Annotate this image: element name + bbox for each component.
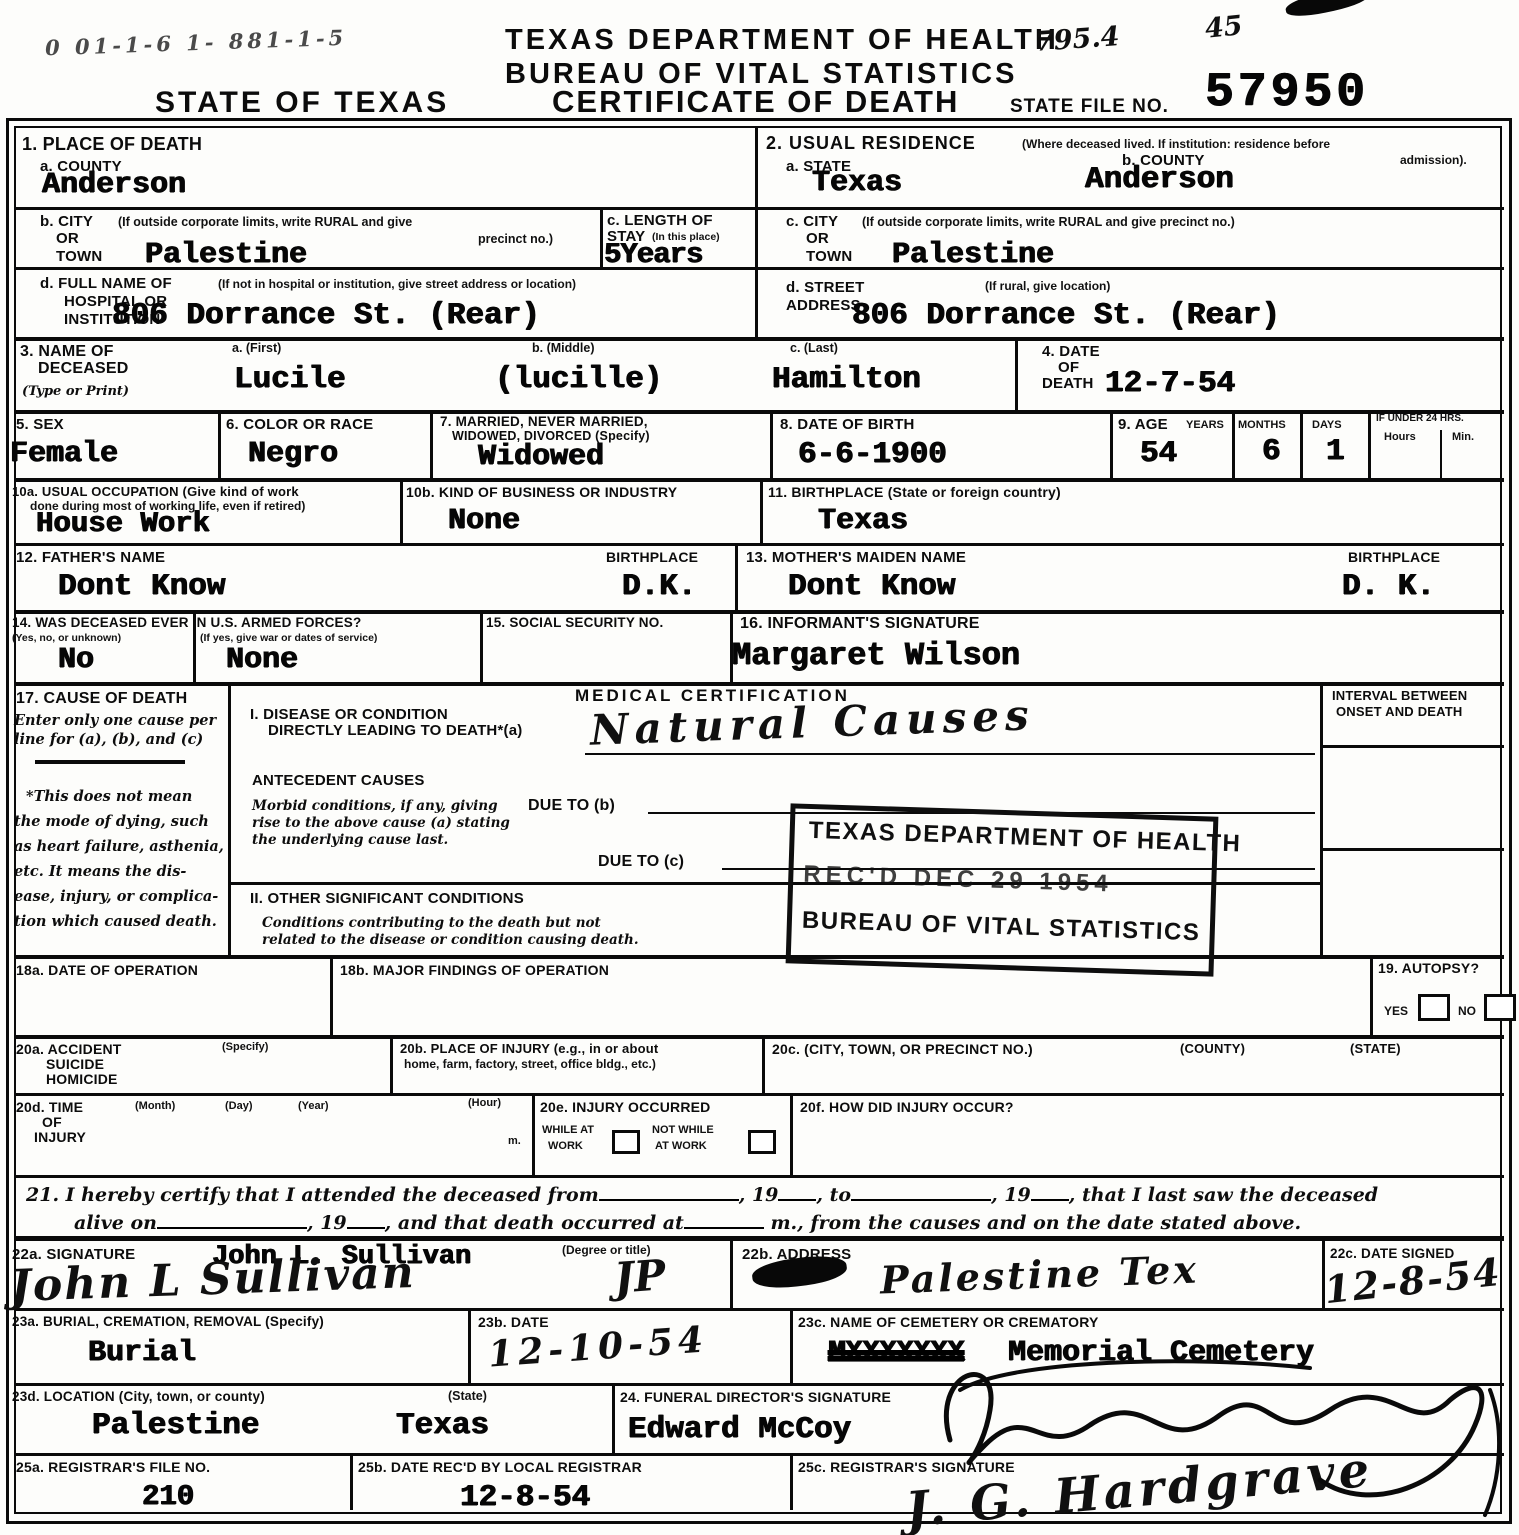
injury-not-while-at-work-checkbox xyxy=(748,1130,776,1154)
field-23c-label: 23c. NAME OF CEMETERY OR CREMATORY xyxy=(798,1314,1099,1330)
stamp-line3: BUREAU OF VITAL STATISTICS xyxy=(801,907,1200,948)
field-1d-value: 806 Dorrance St. (Rear) xyxy=(112,298,540,333)
field-17-note3d: etc. It means the dis- xyxy=(14,863,186,880)
field-17-ii-label: II. OTHER SIGNIFICANT CONDITIONS xyxy=(250,890,524,907)
certificate-title: CERTIFICATE OF DEATH xyxy=(552,84,959,120)
pencil-annotation: 0 01-1-6 1- 881-1-5 xyxy=(45,25,348,61)
field-1b-or: OR xyxy=(56,230,79,247)
field-20d-label3: INJURY xyxy=(34,1129,86,1145)
death-certificate-scan: 0 01-1-6 1- 881-1-5 TEXAS DEPARTMENT OF … xyxy=(0,0,1519,1535)
field-17-cond2: related to the disease or condition caus… xyxy=(262,932,639,948)
ink-blot xyxy=(1284,0,1371,21)
field-23d-state-value: Texas xyxy=(396,1408,489,1443)
field-16-value: Margaret Wilson xyxy=(732,637,1020,674)
field-4-label1: 4. DATE xyxy=(1042,343,1100,360)
field-2c-town: TOWN xyxy=(806,248,852,265)
field-25a-value: 210 xyxy=(142,1480,194,1513)
field-20a-label1: 20a. ACCIDENT xyxy=(16,1041,122,1057)
field-17-i-label2: DIRECTLY LEADING TO DEATH*(a) xyxy=(268,722,522,739)
field-13-bp-label: BIRTHPLACE xyxy=(1348,549,1440,565)
field-14-value1: No xyxy=(58,643,94,677)
certify-statement-line2: alive on, 19, and that death occurred at… xyxy=(74,1212,1301,1234)
field-4-label3: DEATH xyxy=(1042,375,1094,392)
field-10b-label: 10b. KIND OF BUSINESS OR INDUSTRY xyxy=(406,484,677,500)
field-12-bp-value: D.K. xyxy=(622,569,696,604)
field-2d-note: (If rural, give location) xyxy=(985,279,1110,293)
field-13-bp-value: D. K. xyxy=(1342,569,1435,604)
field-2-note1: (Where deceased lived. If institution: r… xyxy=(1022,137,1330,151)
field-16-label: 16. INFORMANT'S SIGNATURE xyxy=(740,615,980,633)
autopsy-no-checkbox xyxy=(1484,994,1516,1021)
field-20d-day: (Day) xyxy=(225,1100,253,1112)
field-11-value: Texas xyxy=(818,504,908,538)
field-3-label3: (Type or Print) xyxy=(22,384,129,399)
field-23a-value: Burial xyxy=(88,1336,196,1370)
field-25b-label: 25b. DATE REC'D BY LOCAL REGISTRAR xyxy=(358,1459,642,1475)
field-17-note1: Enter only one cause per xyxy=(14,712,216,729)
state-file-no-value: 57950 xyxy=(1205,66,1369,120)
field-4-label2: OF xyxy=(1058,359,1079,376)
field-14-label: 14. WAS DECEASED EVER IN U.S. ARMED FORC… xyxy=(12,615,361,630)
field-17-due-c: DUE TO (c) xyxy=(598,853,684,871)
field-23d-label: 23d. LOCATION (City, town, or county) xyxy=(12,1389,265,1404)
field-23d-city-value: Palestine xyxy=(92,1408,259,1443)
field-20e-w2: WORK xyxy=(548,1140,583,1152)
field-9-under-label: IF UNDER 24 HRS. xyxy=(1376,413,1464,424)
field-20c-state: (STATE) xyxy=(1350,1041,1401,1056)
field-1b-value: Palestine xyxy=(145,238,307,272)
field-1d-label: d. FULL NAME OF xyxy=(40,275,172,292)
field-20b-label1: 20b. PLACE OF INJURY (e.g., in or about xyxy=(400,1041,658,1056)
dept-title-line1: TEXAS DEPARTMENT OF HEALTH xyxy=(505,24,1059,57)
field-17-note3a: *This does not mean xyxy=(26,788,192,805)
field-6-label: 6. COLOR OR RACE xyxy=(226,416,373,433)
certify-t5: , that I last saw the deceased xyxy=(1069,1184,1378,1206)
field-20d-hour: (Hour) xyxy=(468,1097,501,1109)
field-20c-county: (COUNTY) xyxy=(1180,1041,1245,1056)
state-file-no-label: STATE FILE NO. xyxy=(1010,96,1169,118)
handwritten-code: 795.4 xyxy=(1034,21,1121,58)
field-3-last-value: Hamilton xyxy=(772,362,921,397)
field-23d-state-label: (State) xyxy=(448,1389,487,1403)
received-stamp: TEXAS DEPARTMENT OF HEALTH REC'D DEC 29 … xyxy=(786,803,1219,976)
field-17-note2: line for (a), (b), and (c) xyxy=(14,731,203,748)
certify-t4: , 19 xyxy=(991,1184,1031,1206)
field-24-label: 24. FUNERAL DIRECTOR'S SIGNATURE xyxy=(620,1389,891,1405)
field-15-label: 15. SOCIAL SECURITY NO. xyxy=(486,615,663,630)
field-17-note3c: as heart failure, asthenia, xyxy=(14,838,224,855)
field-20a-label2: SUICIDE xyxy=(46,1056,104,1072)
field-9-hours-label: Hours xyxy=(1384,431,1416,443)
field-2-title: 2. USUAL RESIDENCE xyxy=(766,133,976,154)
field-1c-label: c. LENGTH OF xyxy=(607,212,713,229)
field-7-label1: 7. MARRIED, NEVER MARRIED, xyxy=(440,414,648,429)
field-1d-note: (If not in hospital or institution, give… xyxy=(218,277,576,291)
field-11-label: 11. BIRTHPLACE (State or foreign country… xyxy=(768,484,1061,500)
field-2d-label2: ADDRESS xyxy=(786,297,861,314)
form-inner-frame xyxy=(14,126,1502,1514)
field-8-value: 6-6-1900 xyxy=(798,437,947,472)
field-10b-value: None xyxy=(448,504,520,538)
field-19-no-label: NO xyxy=(1458,1004,1476,1018)
field-9-months-label: MONTHS xyxy=(1238,419,1286,431)
field-17-morbid2: rise to the above cause (a) stating xyxy=(252,815,510,831)
field-9-days-label: DAYS xyxy=(1312,419,1342,431)
field-1b-note2: precinct no.) xyxy=(478,232,553,246)
field-20a-label3: HOMICIDE xyxy=(46,1071,118,1087)
field-20d-label2: OF xyxy=(42,1114,62,1130)
field-8-label: 8. DATE OF BIRTH xyxy=(780,416,915,433)
field-19-label: 19. AUTOPSY? xyxy=(1378,960,1479,976)
field-1a-value: Anderson xyxy=(42,168,186,202)
field-2d-label: d. STREET xyxy=(786,279,864,296)
field-9-min-label: Min. xyxy=(1452,431,1474,443)
field-2c-note: (If outside corporate limits, write RURA… xyxy=(862,215,1235,229)
field-13-value: Dont Know xyxy=(788,569,955,604)
field-2c-value: Palestine xyxy=(892,238,1054,272)
certify-t8: , and that death occurred at xyxy=(385,1212,684,1234)
field-20d-year: (Year) xyxy=(298,1100,329,1112)
field-6-value: Negro xyxy=(248,437,338,471)
field-1-title: 1. PLACE OF DEATH xyxy=(22,134,202,155)
field-3-middle-label: b. (Middle) xyxy=(532,341,595,355)
field-10a-label1: 10a. USUAL OCCUPATION (Give kind of work xyxy=(12,484,299,499)
field-17-morbid3: the underlying cause last. xyxy=(252,832,448,848)
field-2-note2: admission). xyxy=(1400,153,1467,167)
field-20a-note: (Specify) xyxy=(222,1041,268,1053)
field-25b-value: 12-8-54 xyxy=(460,1480,590,1515)
field-20e-w1: WHILE AT xyxy=(542,1124,594,1136)
field-17-antecedent-label: ANTECEDENT CAUSES xyxy=(252,772,425,789)
field-24-typed-name: Edward McCoy xyxy=(628,1412,851,1447)
field-17-note3f: tion which caused death. xyxy=(14,913,217,930)
field-20d-month: (Month) xyxy=(135,1100,175,1112)
certify-t6: alive on xyxy=(74,1212,157,1234)
field-10a-value: House Work xyxy=(36,507,210,540)
field-20d-m: m. xyxy=(508,1135,521,1147)
field-3-label1: 3. NAME OF xyxy=(20,343,114,361)
certify-t7: , 19 xyxy=(307,1212,347,1234)
field-12-bp-label: BIRTHPLACE xyxy=(606,549,698,565)
physician-signature-title: JP xyxy=(612,1250,667,1302)
field-20f-label: 20f. HOW DID INJURY OCCUR? xyxy=(800,1099,1014,1115)
field-12-value: Dont Know xyxy=(58,569,225,604)
stamp-line1: TEXAS DEPARTMENT OF HEALTH xyxy=(808,817,1241,859)
field-25a-label: 25a. REGISTRAR'S FILE NO. xyxy=(16,1459,210,1475)
field-14-value2: None xyxy=(226,643,298,677)
field-20e-n2: AT WORK xyxy=(655,1140,707,1152)
handwritten-code-2: 45 xyxy=(1203,10,1244,45)
field-3-first-value: Lucile xyxy=(234,362,346,397)
field-3-label2: DECEASED xyxy=(38,360,129,378)
certify-t3: , to xyxy=(816,1184,851,1206)
field-5-value: Female xyxy=(10,437,118,471)
interval-label2: ONSET AND DEATH xyxy=(1336,704,1463,719)
field-2b-value: Anderson xyxy=(1085,162,1234,197)
field-17-morbid1: Morbid conditions, if any, giving xyxy=(252,798,498,814)
field-12-label: 12. FATHER'S NAME xyxy=(16,549,165,566)
injury-while-at-work-checkbox xyxy=(612,1130,640,1154)
field-1b-town: TOWN xyxy=(56,248,102,265)
field-9-days-value: 1 xyxy=(1326,434,1345,469)
field-2c-label: c. CITY xyxy=(786,213,838,230)
field-3-last-label: c. (Last) xyxy=(790,341,838,355)
field-23b-label: 23b. DATE xyxy=(478,1314,549,1330)
field-7-value: Widowed xyxy=(478,440,604,474)
field-18a-label: 18a. DATE OF OPERATION xyxy=(16,962,198,978)
field-4-value: 12-7-54 xyxy=(1105,366,1235,401)
field-17-cond1: Conditions contributing to the death but… xyxy=(262,915,601,931)
interval-label1: INTERVAL BETWEEN xyxy=(1332,688,1467,703)
certify-statement-line1: 21. I hereby certify that I attended the… xyxy=(26,1184,1378,1206)
field-1b-note: (If outside corporate limits, write RURA… xyxy=(118,215,412,229)
field-2c-or: OR xyxy=(806,230,829,247)
field-1b-label: b. CITY xyxy=(40,213,93,230)
field-3-middle-value: (lucille) xyxy=(495,362,662,397)
field-23a-label: 23a. BURIAL, CREMATION, REMOVAL (Specify… xyxy=(12,1314,324,1329)
field-17-note3b: the mode of dying, such xyxy=(14,813,209,830)
field-9-months-value: 6 xyxy=(1262,434,1281,469)
field-13-label: 13. MOTHER'S MAIDEN NAME xyxy=(746,549,966,566)
field-20b-label2: home, farm, factory, street, office bldg… xyxy=(404,1057,656,1071)
field-20c-label: 20c. (CITY, TOWN, OR PRECINCT NO.) xyxy=(772,1041,1033,1057)
field-17-note3e: ease, injury, or complica- xyxy=(14,888,218,905)
field-20e-label: 20e. INJURY OCCURRED xyxy=(540,1099,711,1115)
autopsy-yes-checkbox xyxy=(1418,994,1450,1021)
state-of-texas: STATE OF TEXAS xyxy=(155,86,449,120)
field-20e-n1: NOT WHILE xyxy=(652,1124,714,1136)
field-5-label: 5. SEX xyxy=(16,416,64,433)
certify-t2: , 19 xyxy=(739,1184,779,1206)
field-18b-label: 18b. MAJOR FINDINGS OF OPERATION xyxy=(340,962,609,978)
field-9-years-value: 54 xyxy=(1140,436,1177,471)
field-20d-label1: 20d. TIME xyxy=(16,1099,83,1115)
field-17-label: 17. CAUSE OF DEATH xyxy=(16,690,187,708)
field-19-yes-label: YES xyxy=(1384,1004,1408,1018)
field-2a-value: Texas xyxy=(812,166,902,200)
certify-t1: 21. I hereby certify that I attended the… xyxy=(26,1184,599,1206)
field-3-first-label: a. (First) xyxy=(232,341,281,355)
field-2d-value: 806 Dorrance St. (Rear) xyxy=(852,298,1280,333)
certify-t9: m., from the causes and on the date stat… xyxy=(770,1212,1301,1234)
field-17-due-b: DUE TO (b) xyxy=(528,797,615,815)
field-9-label: 9. AGE xyxy=(1118,416,1168,433)
stamp-line2: REC'D DEC 29 1954 xyxy=(803,861,1113,899)
field-9-years-label: YEARS xyxy=(1186,419,1224,431)
funeral-director-signature-flourish xyxy=(890,1330,1510,1530)
field-1c-value: 5Years xyxy=(604,238,702,271)
field-17-i-label1: I. DISEASE OR CONDITION xyxy=(250,706,448,723)
